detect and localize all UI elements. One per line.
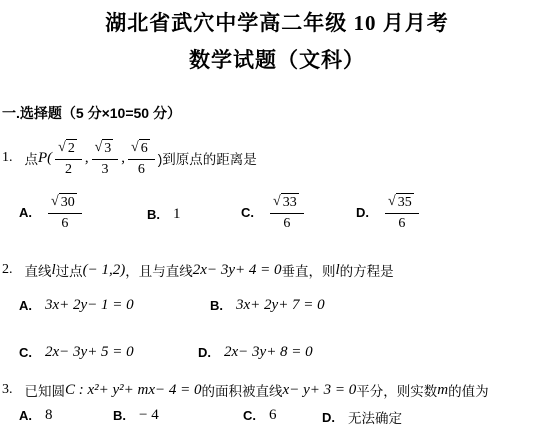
document-title: 湖北省武穴中学高二年级 10 月月考 [0, 7, 554, 37]
stem-text: 直线 [25, 260, 52, 280]
question-1-stem: 1. 点 P( √2 2 , √3 3 , √6 6 )到原点的距离是 [2, 130, 554, 186]
option-3b: B. − 4 [113, 407, 159, 424]
denominator: 6 [61, 214, 68, 233]
stem-text: 已知圆 [25, 380, 66, 400]
stem-text: ，且与直线 [125, 260, 193, 280]
fraction-sqrt2-over-2: √2 2 [55, 138, 82, 178]
separator-comma: , [121, 150, 125, 167]
document-subtitle: 数学试题（文科） [0, 44, 554, 74]
option-equation: 2x− 3y+ 8 = 0 [224, 344, 313, 361]
option-letter: A. [19, 298, 32, 313]
option-equation: 3x+ 2y+ 7 = 0 [236, 297, 325, 314]
option-value: 8 [45, 407, 53, 424]
question-2-number: 2. [2, 262, 13, 278]
option-value: 无法确定 [348, 407, 402, 427]
option-value: − 4 [139, 407, 159, 424]
option-equation: 3x+ 2y− 1 = 0 [45, 297, 134, 314]
option-letter: D. [322, 410, 335, 425]
option-3c: C. 6 [243, 407, 277, 424]
fraction-sqrt30-over-6: √30 6 [48, 192, 82, 232]
radical-sign: √ [58, 139, 66, 157]
option-2c: C. 2x− 3y+ 5 = 0 [19, 344, 134, 361]
option-letter: C. [243, 408, 256, 423]
option-1c: C. √33 6 [241, 192, 307, 232]
option-value: 1 [173, 206, 181, 223]
option-value: 6 [269, 407, 277, 424]
stem-text: 垂直，则 [281, 260, 335, 280]
question-3-options: A. 8 B. − 4 C. 6 D. 无法确定 [0, 407, 554, 437]
radical-sign: √ [51, 193, 59, 211]
circle-equation: C : x²+ y²+ mx− 4 = 0 [65, 382, 202, 399]
point-coordinates: (− 1,2) [83, 262, 126, 279]
denominator: 6 [398, 214, 405, 233]
line-equation: 2x− 3y+ 4 = 0 [193, 262, 282, 279]
option-letter: A. [19, 408, 32, 423]
option-equation: 2x− 3y+ 5 = 0 [45, 344, 134, 361]
stem-text: 的方程是 [340, 260, 394, 280]
radical-sign: √ [131, 139, 139, 157]
question-2-options-ab: A. 3x+ 2y− 1 = 0 B. 3x+ 2y+ 7 = 0 [0, 297, 554, 327]
fraction-sqrt33-over-6: √33 6 [270, 192, 304, 232]
radical-sign: √ [388, 193, 396, 211]
option-letter: B. [147, 207, 160, 222]
question-3-stem: 3. 已知圆 C : x²+ y²+ mx− 4 = 0 的面积被直线 x− y… [2, 379, 554, 401]
denominator: 6 [138, 160, 145, 179]
question-2-options-cd: C. 2x− 3y+ 5 = 0 D. 2x− 3y+ 8 = 0 [0, 344, 554, 374]
option-letter: B. [210, 298, 223, 313]
question-1-prefix: 点 [25, 148, 39, 168]
stem-text: 过点 [56, 260, 83, 280]
denominator: 2 [65, 160, 72, 179]
section-header-choice-questions: 一.选择题（5 分×10=50 分） [2, 103, 181, 123]
variable-m: m [437, 382, 448, 399]
option-2a: A. 3x+ 2y− 1 = 0 [19, 297, 134, 314]
radicand: 30 [59, 193, 77, 212]
question-1-options: A. √30 6 B. 1 C. √33 6 D. √35 6 [0, 192, 554, 244]
stem-text: 的值为 [448, 380, 489, 400]
line-equation: x− y+ 3 = 0 [283, 382, 357, 399]
option-3a: A. 8 [19, 407, 53, 424]
radicand: 6 [139, 139, 150, 158]
fraction-sqrt3-over-3: √3 3 [92, 138, 119, 178]
fraction-sqrt35-over-6: √35 6 [385, 192, 419, 232]
option-1b: B. 1 [147, 206, 181, 223]
question-2-stem: 2. 直线 l 过点 (− 1,2) ，且与直线 2x− 3y+ 4 = 0 垂… [2, 259, 554, 281]
denominator: 3 [101, 160, 108, 179]
question-1-point-open: P( [38, 150, 52, 167]
question-3-number: 3. [2, 382, 13, 398]
radicand: 33 [281, 193, 299, 212]
option-1d: D. √35 6 [356, 192, 422, 232]
radicand: 35 [396, 193, 414, 212]
option-letter: C. [241, 205, 254, 220]
option-3d: D. 无法确定 [322, 407, 402, 427]
option-1a: A. √30 6 [19, 192, 85, 232]
option-2b: B. 3x+ 2y+ 7 = 0 [210, 297, 325, 314]
radicand: 3 [102, 139, 113, 158]
stem-text: 的面积被直线 [202, 380, 283, 400]
fraction-sqrt6-over-6: √6 6 [128, 138, 155, 178]
option-letter: C. [19, 345, 32, 360]
question-1-number: 1. [2, 150, 13, 166]
option-letter: D. [356, 205, 369, 220]
radical-sign: √ [273, 193, 281, 211]
question-1-suffix: )到原点的距离是 [158, 148, 257, 168]
option-letter: B. [113, 408, 126, 423]
stem-text: 平分，则实数 [356, 380, 437, 400]
option-letter: A. [19, 205, 32, 220]
radical-sign: √ [95, 139, 103, 157]
option-letter: D. [198, 345, 211, 360]
option-2d: D. 2x− 3y+ 8 = 0 [198, 344, 313, 361]
radicand: 2 [66, 139, 77, 158]
denominator: 6 [283, 214, 290, 233]
separator-comma: , [85, 150, 89, 167]
